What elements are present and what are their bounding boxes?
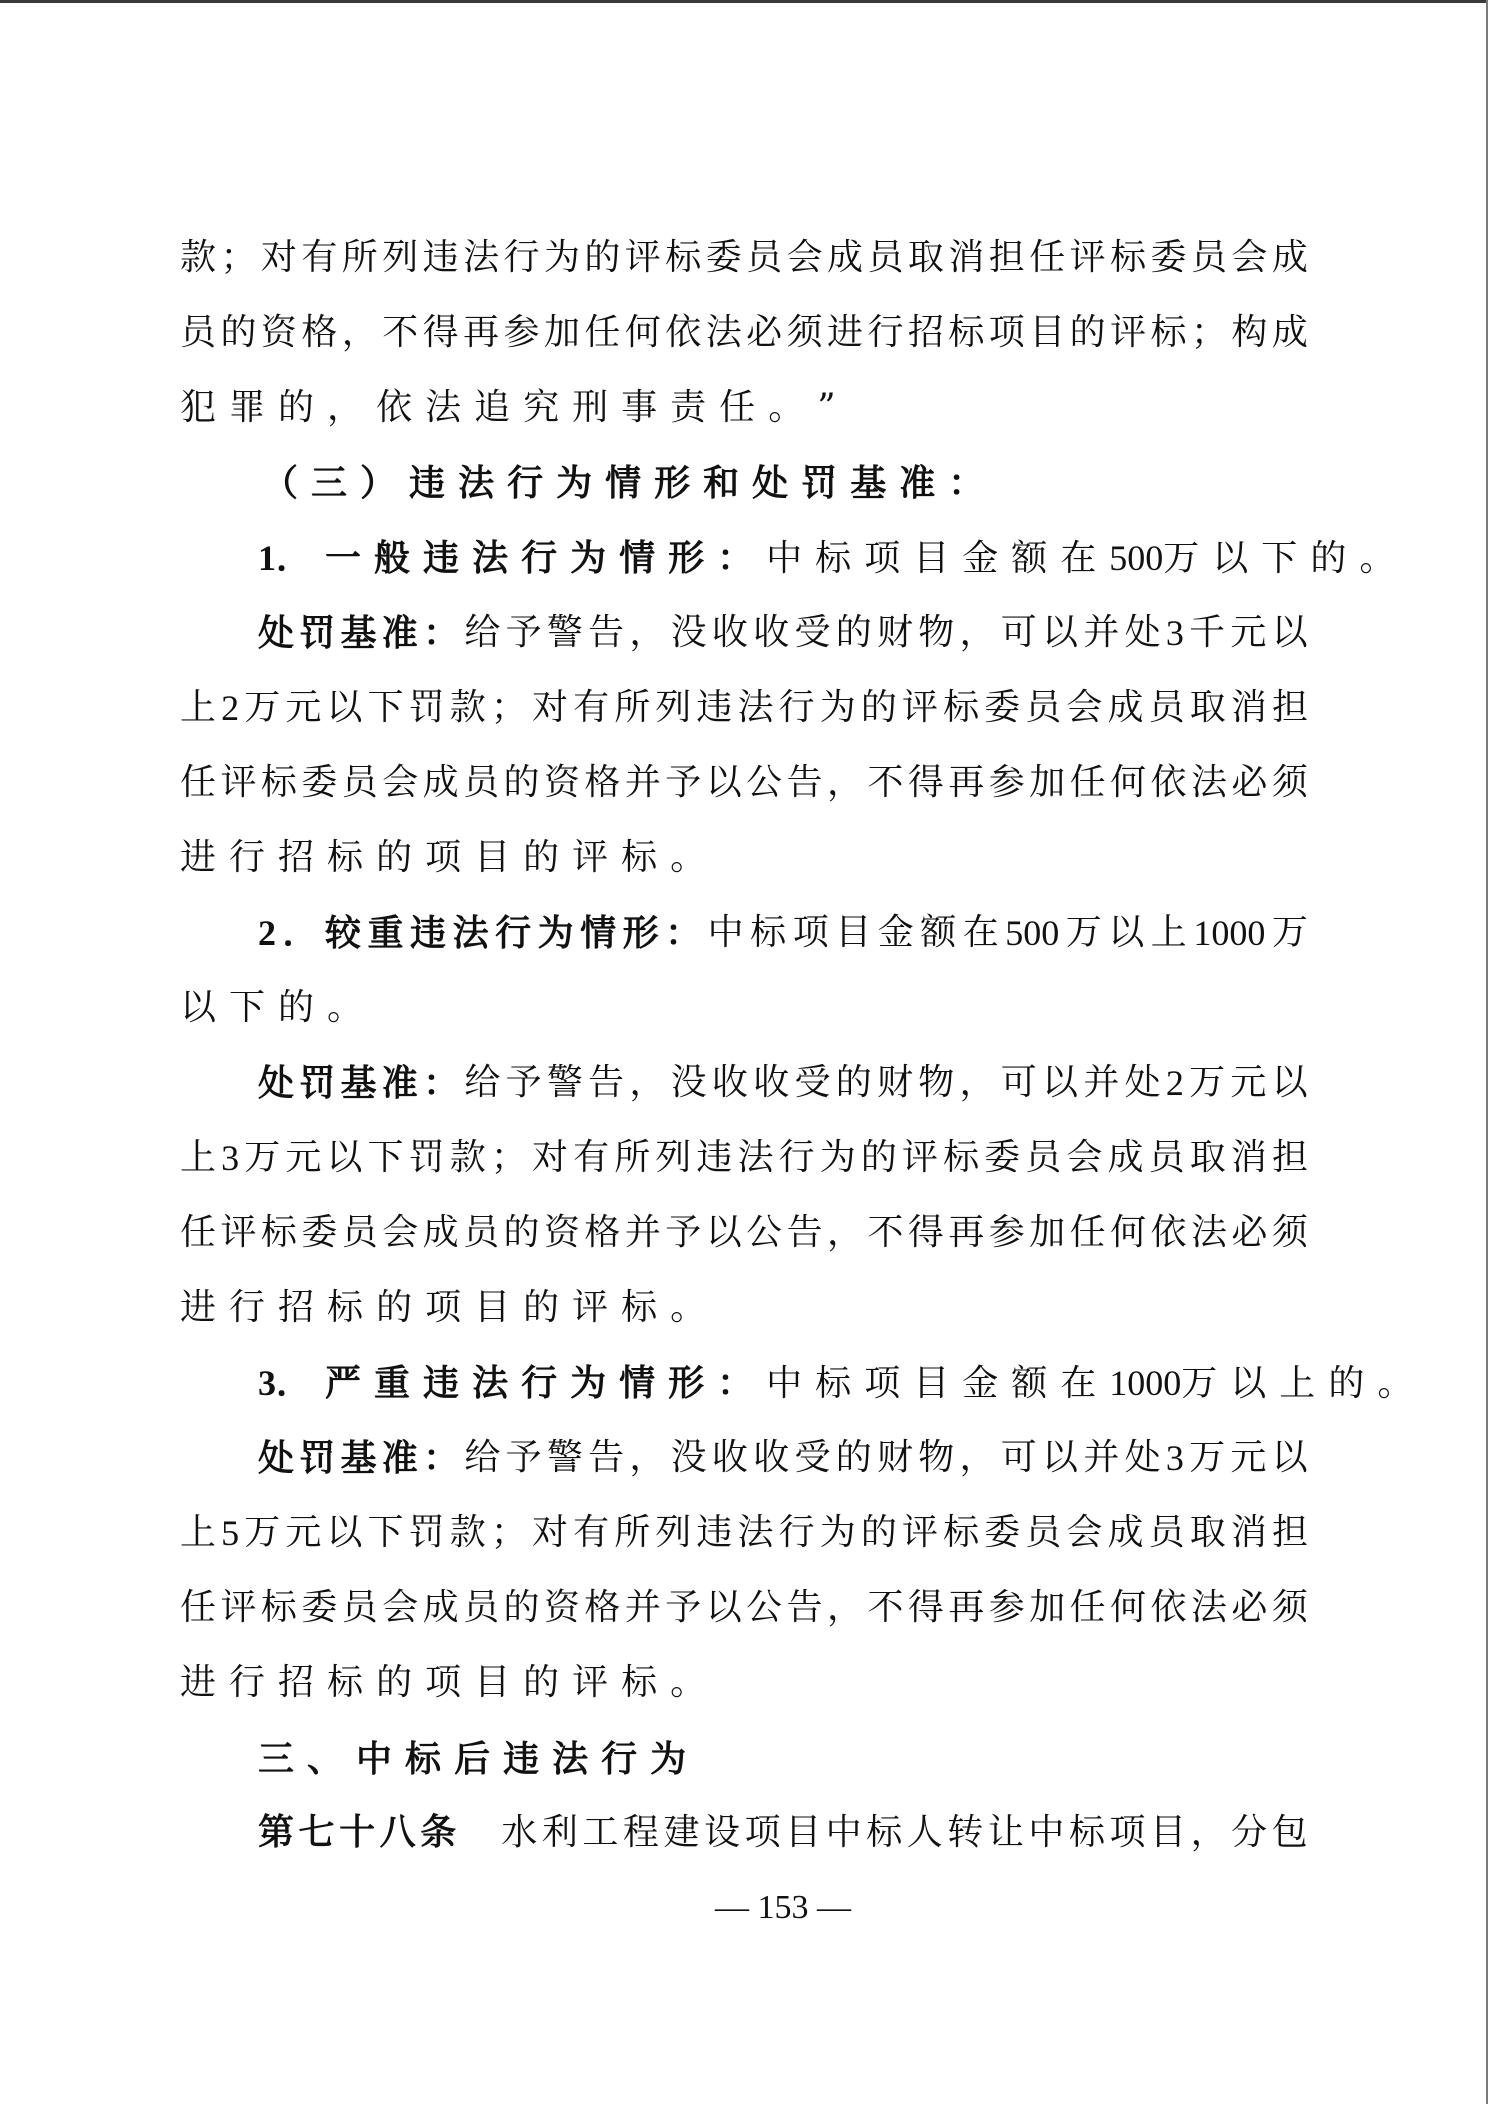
text-line: 处罚基准：给予警告，没收收受的财物，可以并处3千元以 xyxy=(258,611,1308,655)
text-line: 1．一般违法行为情形：中标项目金额在500万以下的。 xyxy=(258,536,1308,580)
text-line: 进行招标的项目的评标。 xyxy=(180,836,1308,880)
body-text: 犯罪的，依法追究刑事责任。” xyxy=(180,386,849,430)
body-text: 中标项目金额在1000万以上的。 xyxy=(766,1361,1426,1406)
text-line: 任评标委员会成员的资格并予以公告，不得再参加任何依法必须 xyxy=(180,1211,1308,1255)
body-text: 以下的。 xyxy=(180,986,376,1030)
section-heading: 三、中标后违法行为 xyxy=(258,1738,699,1782)
text-line: 任评标委员会成员的资格并予以公告，不得再参加任何依法必须 xyxy=(180,761,1308,805)
body-text: 中标项目金额在500万以下的。 xyxy=(766,536,1408,581)
text-line: 员的资格，不得再参加任何依法必须进行招标项目的评标；构成 xyxy=(180,311,1308,355)
body-text: 进行招标的项目的评标。 xyxy=(180,1286,719,1330)
text-line: 第七十八条 水利工程建设项目中标人转让中标项目，分包 xyxy=(258,1811,1308,1855)
body-text: 进行招标的项目的评标。 xyxy=(180,836,719,880)
text-line: 上2万元以下罚款；对有所列违法行为的评标委员会成员取消担 xyxy=(180,686,1308,730)
text-line: 进行招标的项目的评标。 xyxy=(180,1286,1308,1330)
text-line: 以下的。 xyxy=(180,986,1308,1030)
text-line: 犯罪的，依法追究刑事责任。” xyxy=(180,386,1308,430)
text-line: 款；对有所列违法行为的评标委员会成员取消担任评标委员会成 xyxy=(180,236,1308,280)
text-line: 任评标委员会成员的资格并予以公告，不得再参加任何依法必须 xyxy=(180,1586,1308,1630)
text-line: 三、中标后违法行为 xyxy=(258,1738,1308,1782)
text-line: 3．严重违法行为情形：中标项目金额在1000万以上的。 xyxy=(258,1361,1308,1405)
page-number: — 153 — xyxy=(0,1886,1488,1930)
text-line: 上3万元以下罚款；对有所列违法行为的评标委员会成员取消担 xyxy=(180,1136,1308,1180)
body-text: 进行招标的项目的评标。 xyxy=(180,1661,719,1705)
text-line: 2．较重违法行为情形：中标项目金额在500万以上1000万 xyxy=(258,911,1308,955)
text-line: （三）违法行为情形和处罚基准： xyxy=(262,461,1308,505)
text-line: 上5万元以下罚款；对有所列违法行为的评标委员会成员取消担 xyxy=(180,1511,1308,1555)
text-line: 处罚基准：给予警告，没收收受的财物，可以并处2万元以 xyxy=(258,1061,1308,1105)
bold-label: （三）违法行为情形和处罚基准： xyxy=(262,461,997,506)
bold-label: 1．一般违法行为情形： xyxy=(258,536,766,581)
document-page: — 153 — 款；对有所列违法行为的评标委员会成员取消担任评标委员会成员的资格… xyxy=(0,0,1488,2104)
bold-label: 3．严重违法行为情形： xyxy=(258,1361,766,1406)
text-line: 处罚基准：给予警告，没收收受的财物，可以并处3万元以 xyxy=(258,1436,1308,1480)
text-line: 进行招标的项目的评标。 xyxy=(180,1661,1308,1705)
